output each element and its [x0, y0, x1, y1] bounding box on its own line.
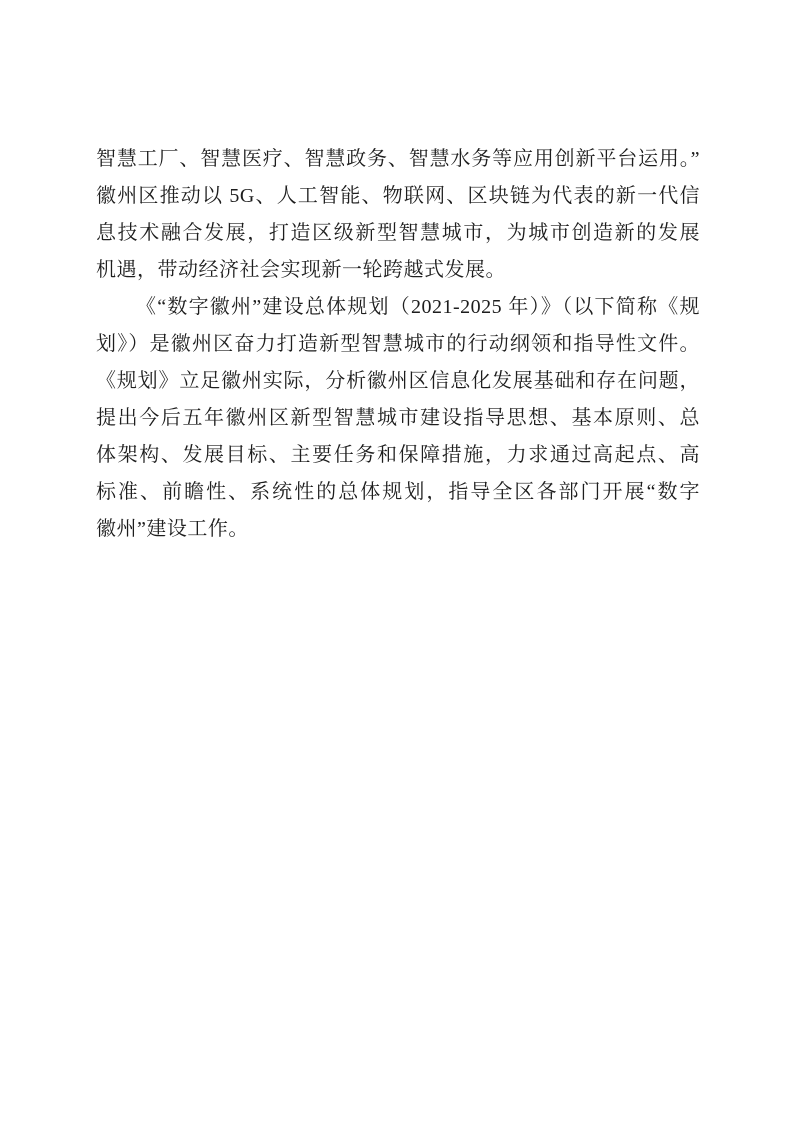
text-line: 徽州”建设工作。	[96, 511, 700, 548]
paragraph-continuation: 智慧工厂、智慧医疗、智慧政务、智慧水务等应用创新平台运用。” 徽州区推动以 5G…	[96, 141, 700, 289]
text-line: 智慧工厂、智慧医疗、智慧政务、智慧水务等应用创新平台运用。”	[96, 141, 700, 178]
text-line: 《规划》立足徽州实际，分析徽州区信息化发展基础和存在问题，	[96, 363, 700, 400]
text-line: 标准、前瞻性、系统性的总体规划，指导全区各部门开展“数字	[96, 474, 700, 511]
document-text: 智慧工厂、智慧医疗、智慧政务、智慧水务等应用创新平台运用。” 徽州区推动以 5G…	[96, 141, 700, 548]
paragraph-plan-overview: 《“数字徽州”建设总体规划（2021-2025 年）》（以下简称《规 划》）是徽…	[96, 289, 700, 548]
text-line: 机遇，带动经济社会实现新一轮跨越式发展。	[96, 252, 700, 289]
text-line: 体架构、发展目标、主要任务和保障措施，力求通过高起点、高	[96, 437, 700, 474]
text-line: 划》）是徽州区奋力打造新型智慧城市的行动纲领和指导性文件。	[96, 326, 700, 363]
text-line: 徽州区推动以 5G、人工智能、物联网、区块链为代表的新一代信	[96, 178, 700, 215]
text-line: 息技术融合发展，打造区级新型智慧城市，为城市创造新的发展	[96, 215, 700, 252]
document-page: 智慧工厂、智慧医疗、智慧政务、智慧水务等应用创新平台运用。” 徽州区推动以 5G…	[0, 0, 793, 1122]
text-line: 《“数字徽州”建设总体规划（2021-2025 年）》（以下简称《规	[96, 289, 700, 326]
text-line: 提出今后五年徽州区新型智慧城市建设指导思想、基本原则、总	[96, 400, 700, 437]
